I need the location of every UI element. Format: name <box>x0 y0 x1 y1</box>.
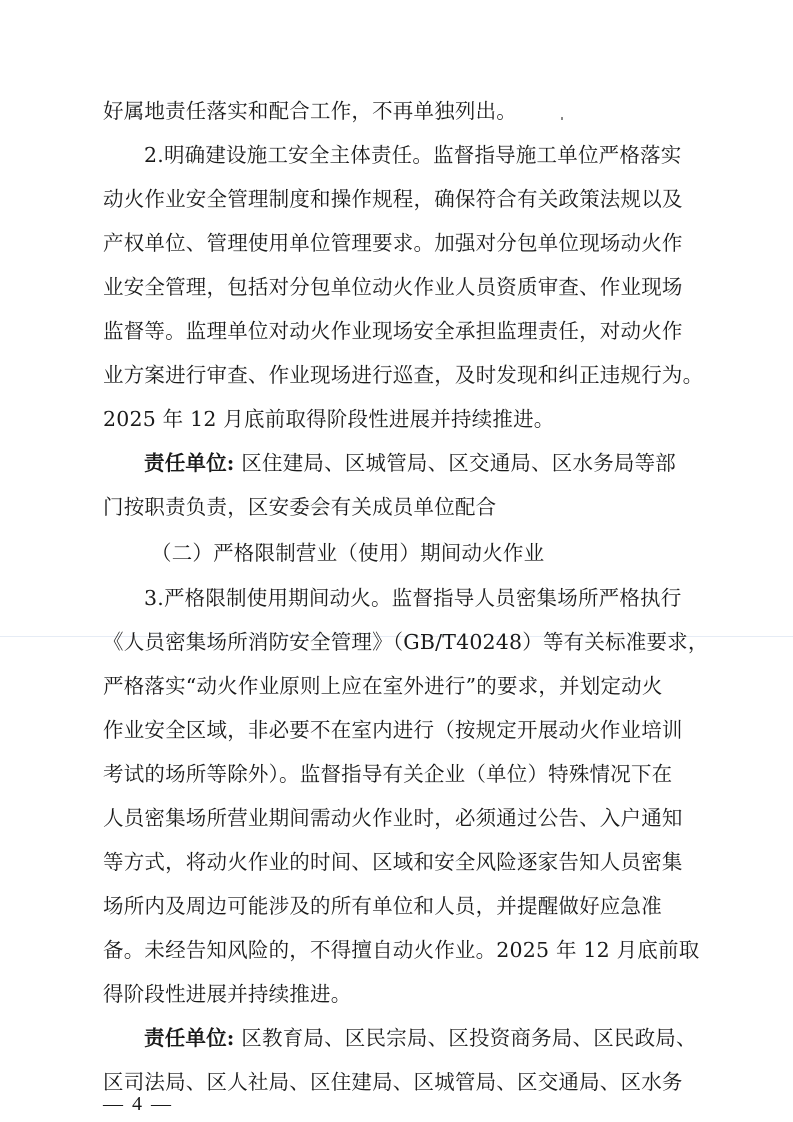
paragraph-line: 产权单位、管理使用单位管理要求。加强对分包单位现场动火作 <box>103 228 683 258</box>
paragraph-line: 好属地责任落实和配合工作，不再单独列出。 <box>103 96 517 126</box>
paragraph-line: 人员密集场所营业期间需动火作业时，必须通过公告、入户通知 <box>103 803 683 833</box>
scan-speck <box>561 117 563 120</box>
responsibility-text: 区住建局、区城管局、区交通局、区水务局等部 <box>235 451 676 475</box>
paragraph-line: 3.严格限制使用期间动火。监督指导人员密集场所严格执行 <box>144 583 681 613</box>
responsibility-text: 区教育局、区民宗局、区投资商务局、区民政局、 <box>235 1026 697 1050</box>
section-heading: （二）严格限制营业（使用）期间动火作业 <box>151 538 544 568</box>
paragraph-line: 作业安全区域，非必要不在室内进行（按规定开展动火作业培训 <box>103 715 683 745</box>
responsibility-line: 责任单位: 区住建局、区城管局、区交通局、区水务局等部 <box>144 448 676 478</box>
paragraph-line: 2025 年 12 月底前取得阶段性进展并持续推进。 <box>103 404 555 434</box>
paragraph-line: 备。未经告知风险的，不得擅自动火作业。2025 年 12 月底前取 <box>103 935 699 965</box>
paragraph-line: 等方式，将动火作业的时间、区域和安全风险逐家告知人员密集 <box>103 847 683 877</box>
paragraph-line: 《人员密集场所消防安全管理》（GB/T40248）等有关标准要求， <box>103 627 709 657</box>
responsibility-line: 责任单位: 区教育局、区民宗局、区投资商务局、区民政局、 <box>144 1023 697 1053</box>
page-number: — 4 — <box>103 1093 173 1116</box>
paragraph-line: 严格落实“动火作业原则上应在室外进行”的要求，并划定动火 <box>103 671 663 701</box>
responsibility-label: 责任单位: <box>144 1026 235 1050</box>
responsibility-line: 门按职责负责，区安委会有关成员单位配合 <box>103 492 496 522</box>
paragraph-line: 动火作业安全管理制度和操作规程，确保符合有关政策法规以及 <box>103 184 683 214</box>
paragraph-line: 得阶段性进展并持续推进。 <box>103 979 351 1009</box>
paragraph-line: 业方案进行审查、作业现场进行巡查，及时发现和纠正违规行为。 <box>103 360 703 390</box>
paragraph-line: 场所内及周边可能涉及的所有单位和人员，并提醒做好应急准 <box>103 891 662 921</box>
paragraph-line: 监督等。监理单位对动火作业现场安全承担监理责任，对动火作 <box>103 316 683 346</box>
paragraph-line: 2.明确建设施工安全主体责任。监督指导施工单位严格落实 <box>144 140 681 170</box>
paragraph-line: 业安全管理，包括对分包单位动火作业人员资质审查、作业现场 <box>103 272 683 302</box>
responsibility-line: 区司法局、区人社局、区住建局、区城管局、区交通局、区水务 <box>103 1067 683 1097</box>
responsibility-label: 责任单位: <box>144 451 235 475</box>
paragraph-line: 考试的场所等除外）。监督指导有关企业（单位）特殊情况下在 <box>103 759 672 789</box>
